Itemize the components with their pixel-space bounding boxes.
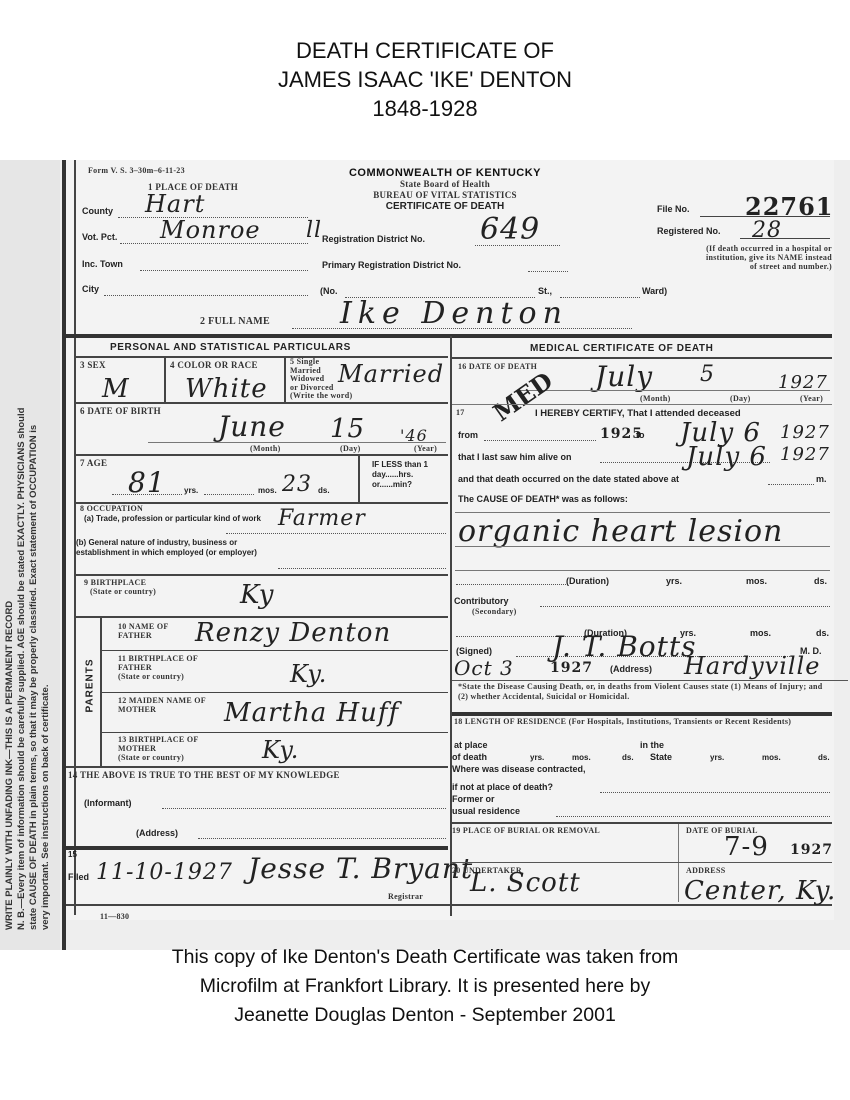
contributory-label: Contributory [454, 596, 509, 606]
personal-heading: PERSONAL AND STATISTICAL PARTICULARS [110, 342, 351, 353]
contributory-sub: (Secondary) [472, 607, 517, 616]
age-years-label: yrs. [184, 486, 198, 495]
informant-line [162, 808, 446, 809]
cause-footnote: *State the Disease Causing Death, or, in… [458, 682, 830, 701]
marital-value: Married [338, 360, 444, 388]
file-no-label: File No. [657, 204, 690, 214]
primary-registration-line [528, 271, 568, 272]
physician-address-value: Hardyville [684, 652, 820, 680]
street-label: St., [538, 286, 552, 296]
cause-line-2 [455, 546, 830, 547]
death-certificate-scan: WRITE PLAINLY WITH UNFADING INK—THIS IS … [0, 160, 850, 950]
vot-pct-label: Vot. Pct. [82, 232, 117, 242]
res-yrs-label: yrs. [530, 753, 544, 762]
dob-day: 15 [330, 414, 365, 444]
sex-value: M [102, 374, 130, 404]
bureau-name: BUREAU OF VITAL STATISTICS [320, 190, 570, 201]
dob-label: 6 DATE OF BIRTH [80, 406, 161, 416]
signed-value: J. T. Botts [552, 630, 697, 663]
date-of-death-label: 16 DATE OF DEATH [458, 362, 537, 371]
duration-1-label: (Duration) [566, 576, 609, 586]
state-ds-label: ds. [818, 753, 830, 762]
city-line [104, 295, 308, 296]
side-instructions-line-4: very important. See instructions on back… [40, 150, 52, 930]
former-label: Former or [452, 794, 495, 804]
row-rule-1 [76, 402, 448, 404]
inc-town-line [140, 270, 308, 271]
parents-rule-1 [102, 650, 448, 651]
cause-label: The CAUSE OF DEATH* was as follows: [458, 494, 628, 504]
parents-rule-3 [102, 732, 448, 733]
registration-district-value: 649 [480, 212, 540, 247]
duration-1-ds: ds. [814, 576, 827, 586]
provenance-line-3: Jeanette Douglas Denton - September 2001 [0, 1001, 850, 1030]
undertaker-address-value: Center, Ky. [684, 876, 836, 906]
county-label: County [82, 206, 113, 216]
age-days: 23 [282, 472, 312, 497]
occupation-a-value: Farmer [278, 506, 366, 531]
provenance-line-1: This copy of Ike Denton's Death Certific… [0, 943, 850, 972]
vot-pct-value: Monroe [160, 216, 261, 244]
state-name: COMMONWEALTH OF KENTUCKY [320, 168, 570, 179]
race-marital-divider [284, 356, 286, 402]
full-name-label: 2 FULL NAME [200, 316, 270, 327]
state-mos-label: mos. [762, 753, 781, 762]
sex-label: 3 SEX [80, 360, 106, 370]
certificate-header: COMMONWEALTH OF KENTUCKY State Board of … [320, 168, 570, 212]
not-at-place-label: if not at place of death? [452, 782, 553, 792]
burial-mid-rule [452, 862, 832, 863]
usual-residence-line [556, 816, 830, 817]
primary-registration-label: Primary Registration District No. [322, 260, 461, 270]
parents-label: PARENTS [85, 656, 96, 716]
personal-heading-rule [76, 356, 448, 358]
at-place-label: at place [454, 740, 488, 750]
city-label: City [82, 284, 99, 294]
last-saw-year: 1927 [780, 444, 830, 465]
street-no-label: (No. [320, 286, 338, 296]
dob-day-label: (Day) [340, 444, 361, 453]
full-name-value: Ike Denton [340, 296, 568, 331]
vot-pct-mark: ll [306, 218, 322, 243]
age-less-line-1: IF LESS than 1 [372, 460, 428, 470]
burial-date-year: 1927 [790, 842, 833, 858]
race-label: 4 COLOR OR RACE [170, 360, 258, 370]
birthplace-label: 9 BIRTHPLACE [84, 578, 146, 587]
hospital-note: (If death occurred in a hospital or inst… [700, 244, 832, 271]
state-label: State [650, 752, 672, 762]
medical-heading-rule [452, 357, 832, 359]
burial-place-label: 19 PLACE OF BURIAL OR REMOVAL [452, 826, 600, 835]
marital-label-line-5: (Write the word) [290, 392, 352, 401]
usual-residence-label: usual residence [452, 806, 520, 816]
in-the-label: in the [640, 740, 664, 750]
age-days-label: ds. [318, 486, 330, 495]
registered-no-label: Registered No. [657, 226, 721, 236]
provenance-line-2: Microfilm at Frankfort Library. It is pr… [0, 972, 850, 1001]
cause-value: organic heart lesion [458, 514, 783, 549]
informant-address-label: (Address) [136, 828, 178, 838]
last-saw-label: that I last saw him alive on [458, 452, 572, 462]
res-ds-label: ds. [622, 753, 634, 762]
duration-1-mos: mos. [746, 576, 767, 586]
age-less-line-2: day......hrs. [372, 470, 428, 480]
age-years-line [112, 494, 182, 495]
dob-year-label: (Year) [414, 444, 437, 453]
title-line-1: DEATH CERTIFICATE OF [0, 36, 850, 65]
mother-birthplace-label: 13 BIRTHPLACE OF MOTHER [118, 735, 228, 753]
margin-rule [62, 160, 66, 950]
age-months-line [204, 494, 254, 495]
res-mos-label: mos. [572, 753, 591, 762]
informant-heading: 14 THE ABOVE IS TRUE TO THE BEST OF MY K… [68, 770, 340, 780]
title-line-2: JAMES ISAAC 'IKE' DENTON [0, 65, 850, 94]
filed-label: Filed [68, 872, 89, 882]
filing-number: 15 [68, 850, 77, 859]
board-name: State Board of Health [320, 179, 570, 190]
side-instructions-line-1: WRITE PLAINLY WITH UNFADING INK—THIS IS … [4, 150, 16, 930]
form-number: Form V. S. 3–30m–6-11-23 [88, 166, 185, 175]
race-value: White [185, 374, 268, 404]
residence-bottom-rule [452, 822, 832, 824]
duration-1-line [456, 584, 566, 585]
age-less-line-3: or......min? [372, 480, 428, 490]
informant-address-line [198, 838, 446, 839]
occupation-a-label: (a) Trade, profession or particular kind… [84, 514, 284, 524]
residence-heading: 18 LENGTH OF RESIDENCE (For Hospitals, I… [454, 716, 832, 727]
last-saw-value: July 6 [686, 442, 767, 472]
death-month-label: (Month) [640, 394, 671, 403]
occupation-a-line [226, 533, 446, 534]
date-of-death-month: July [595, 360, 653, 393]
section-divider [66, 334, 832, 338]
certify-number: 17 [456, 408, 465, 417]
father-birthplace-value: Ky. [290, 660, 327, 688]
row-rule-2 [76, 454, 448, 456]
physician-address-label: (Address) [610, 664, 652, 674]
contracted-label: Where was disease contracted, [452, 764, 586, 774]
ward-label: Ward) [642, 286, 667, 296]
title-line-3: 1848-1928 [0, 94, 850, 123]
father-name-label: 10 NAME OF FATHER [118, 622, 188, 640]
burial-date-value: 7-9 [724, 832, 769, 862]
medical-rule-1 [452, 404, 832, 405]
provenance-note: This copy of Ike Denton's Death Certific… [0, 943, 850, 1030]
age-less-label: IF LESS than 1 day......hrs. or......min… [372, 460, 428, 490]
attended-to-label: to [636, 430, 645, 440]
contributory-line [540, 606, 830, 607]
mother-birthplace-value: Ky. [262, 736, 299, 764]
parents-rule-2 [102, 692, 448, 693]
death-year-label: (Year) [800, 394, 823, 403]
duration-2-ds: ds. [816, 628, 829, 638]
father-name-value: Renzy Denton [195, 618, 391, 648]
cause-line-1 [455, 512, 830, 513]
father-birthplace-label: 11 BIRTHPLACE OF FATHER [118, 654, 218, 672]
date-of-death-day: 5 [700, 362, 715, 387]
attended-to-year: 1927 [780, 422, 830, 443]
dob-line [148, 442, 446, 443]
duration-2-mos: mos. [750, 628, 771, 638]
attended-from-line [484, 440, 596, 441]
inc-town-label: Inc. Town [82, 259, 123, 269]
parents-divider [100, 616, 102, 766]
dob-month-label: (Month) [250, 444, 281, 453]
birthplace-value: Ky [240, 580, 274, 610]
signed-label: (Signed) [456, 646, 492, 656]
mother-name-label: 12 MAIDEN NAME OF MOTHER [118, 696, 228, 714]
mother-birthplace-sub: (State or country) [118, 753, 184, 762]
occupation-b-line [278, 568, 446, 569]
side-instructions-line-3: state CAUSE OF DEATH in plain terms, so … [28, 150, 40, 930]
age-less-divider [358, 454, 360, 502]
side-instructions-line-2: N. B.—Every item of information should b… [16, 150, 28, 930]
side-instructions: WRITE PLAINLY WITH UNFADING INK—THIS IS … [4, 150, 58, 930]
registration-district-label: Registration District No. [322, 234, 425, 244]
registrar-label: Registrar [388, 892, 423, 901]
contracted-line [600, 792, 830, 793]
signed-date: Oct 3 [454, 656, 514, 680]
death-day-label: (Day) [730, 394, 751, 403]
occupation-b-label: (b) General nature of industry, business… [76, 538, 291, 558]
birthplace-sub: (State or country) [90, 587, 156, 596]
informant-bottom-rule [66, 846, 448, 850]
registered-no-value: 28 [752, 218, 782, 243]
occurred-time-line [768, 484, 814, 485]
document-type: CERTIFICATE OF DEATH [320, 201, 570, 212]
medical-heading: MEDICAL CERTIFICATE OF DEATH [530, 343, 713, 354]
state-yrs-label: yrs. [710, 753, 724, 762]
undertaker-value: L. Scott [470, 868, 581, 898]
informant-label: (Informant) [84, 798, 132, 808]
of-death-label: of death [452, 752, 487, 762]
signed-year: 1927 [550, 660, 593, 676]
signed-bottom-line [452, 680, 848, 681]
file-no-value: 22761 [745, 192, 834, 221]
registrar-signature: Jesse T. Bryant [248, 852, 473, 885]
page-title: DEATH CERTIFICATE OF JAMES ISAAC 'IKE' D… [0, 36, 850, 123]
county-value: Hart [145, 190, 205, 218]
date-of-death-line [520, 390, 830, 391]
duration-1-yrs: yrs. [666, 576, 682, 586]
sex-race-divider [164, 356, 166, 402]
mother-name-value: Martha Huff [224, 698, 399, 728]
dob-month: June [218, 410, 286, 443]
form-code-bottom: 11—830 [100, 912, 129, 921]
side-margin: WRITE PLAINLY WITH UNFADING INK—THIS IS … [0, 160, 60, 950]
age-label: 7 AGE [80, 458, 107, 468]
attended-from-label: from [458, 430, 478, 440]
undertaker-address-label: ADDRESS [686, 866, 725, 875]
parents-bottom-rule [66, 766, 448, 768]
age-months-label: mos. [258, 486, 277, 495]
father-birthplace-sub: (State or country) [118, 672, 184, 681]
cause-line-3 [455, 570, 830, 571]
row-rule-4 [76, 574, 448, 576]
occurred-text: and that death occurred on the date stat… [458, 474, 679, 484]
burial-divider [678, 824, 679, 902]
occupation-label: 8 OCCUPATION [80, 504, 143, 513]
filed-value: 11-10-1927 [96, 860, 233, 885]
ward-line [560, 297, 640, 298]
occurred-suffix: m. [816, 474, 827, 484]
